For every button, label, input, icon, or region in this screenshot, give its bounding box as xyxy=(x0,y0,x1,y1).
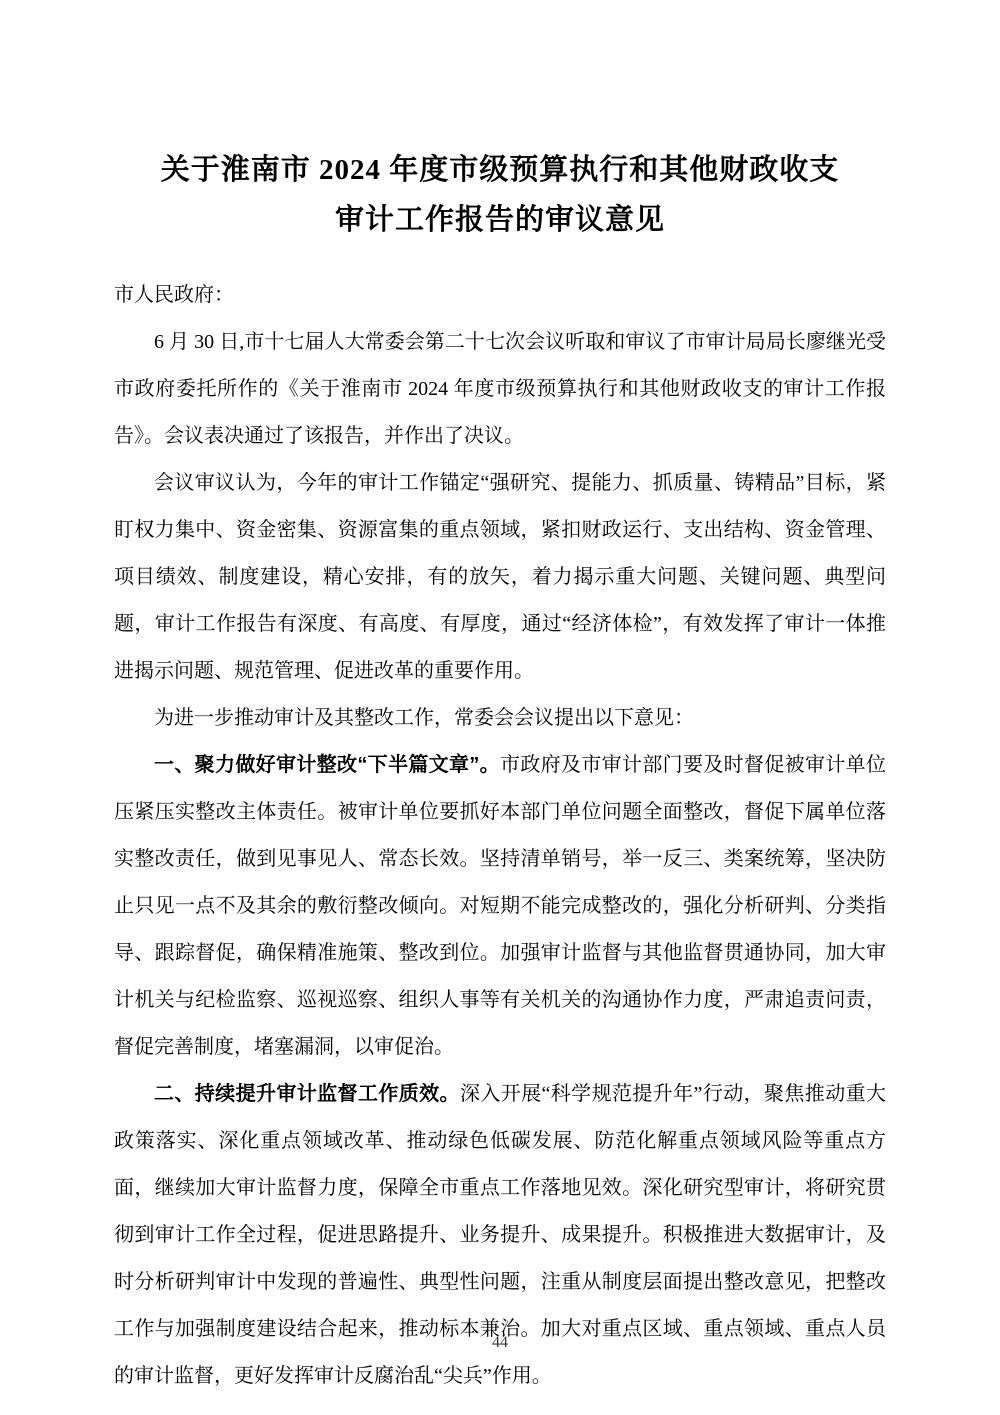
paragraph-text: 市政府及市审计部门要及时督促被审计单位压紧压实整改主体责任。被审计单位要抓好本部… xyxy=(114,754,886,1058)
paragraph-text: 为进一步推动审计及其整改工作，常委会会议提出以下意见： xyxy=(154,707,694,729)
paragraph-lead: 一、聚力做好审计整改“下半篇文章”。 xyxy=(154,754,500,776)
paragraph: 为进一步推动审计及其整改工作，常委会会议提出以下意见： xyxy=(114,695,886,742)
paragraph: 一、聚力做好审计整改“下半篇文章”。市政府及市审计部门要及时督促被审计单位压紧压… xyxy=(114,742,886,1071)
paragraph: 6 月 30 日,市十七届人大常委会第二十七次会议听取和审议了市审计局局长廖继光… xyxy=(114,319,886,460)
paragraph-lead: 二、持续提升审计监督工作质效。 xyxy=(154,1083,460,1105)
paragraph: 会议审议认为，今年的审计工作锚定“强研究、提能力、抓质量、铸精品”目标，紧盯权力… xyxy=(114,460,886,695)
paragraph-text: 会议审议认为，今年的审计工作锚定“强研究、提能力、抓质量、铸精品”目标，紧盯权力… xyxy=(114,472,886,682)
page-title: 关于淮南市 2024 年度市级预算执行和其他财政收支 审计工作报告的审议意见 xyxy=(0,145,1000,245)
page-title-line-2: 审计工作报告的审议意见 xyxy=(0,195,1000,245)
paragraph-text: 6 月 30 日,市十七届人大常委会第二十七次会议听取和审议了市审计局局长廖继光… xyxy=(114,331,886,447)
document-page: 关于淮南市 2024 年度市级预算执行和其他财政收支 审计工作报告的审议意见 市… xyxy=(0,0,1000,1415)
document-body: 市人民政府： 6 月 30 日,市十七届人大常委会第二十七次会议听取和审议了市审… xyxy=(114,272,886,1400)
page-number: 44 xyxy=(0,1334,1000,1352)
page-title-line-1: 关于淮南市 2024 年度市级预算执行和其他财政收支 xyxy=(0,145,1000,195)
salutation: 市人民政府： xyxy=(114,272,886,319)
